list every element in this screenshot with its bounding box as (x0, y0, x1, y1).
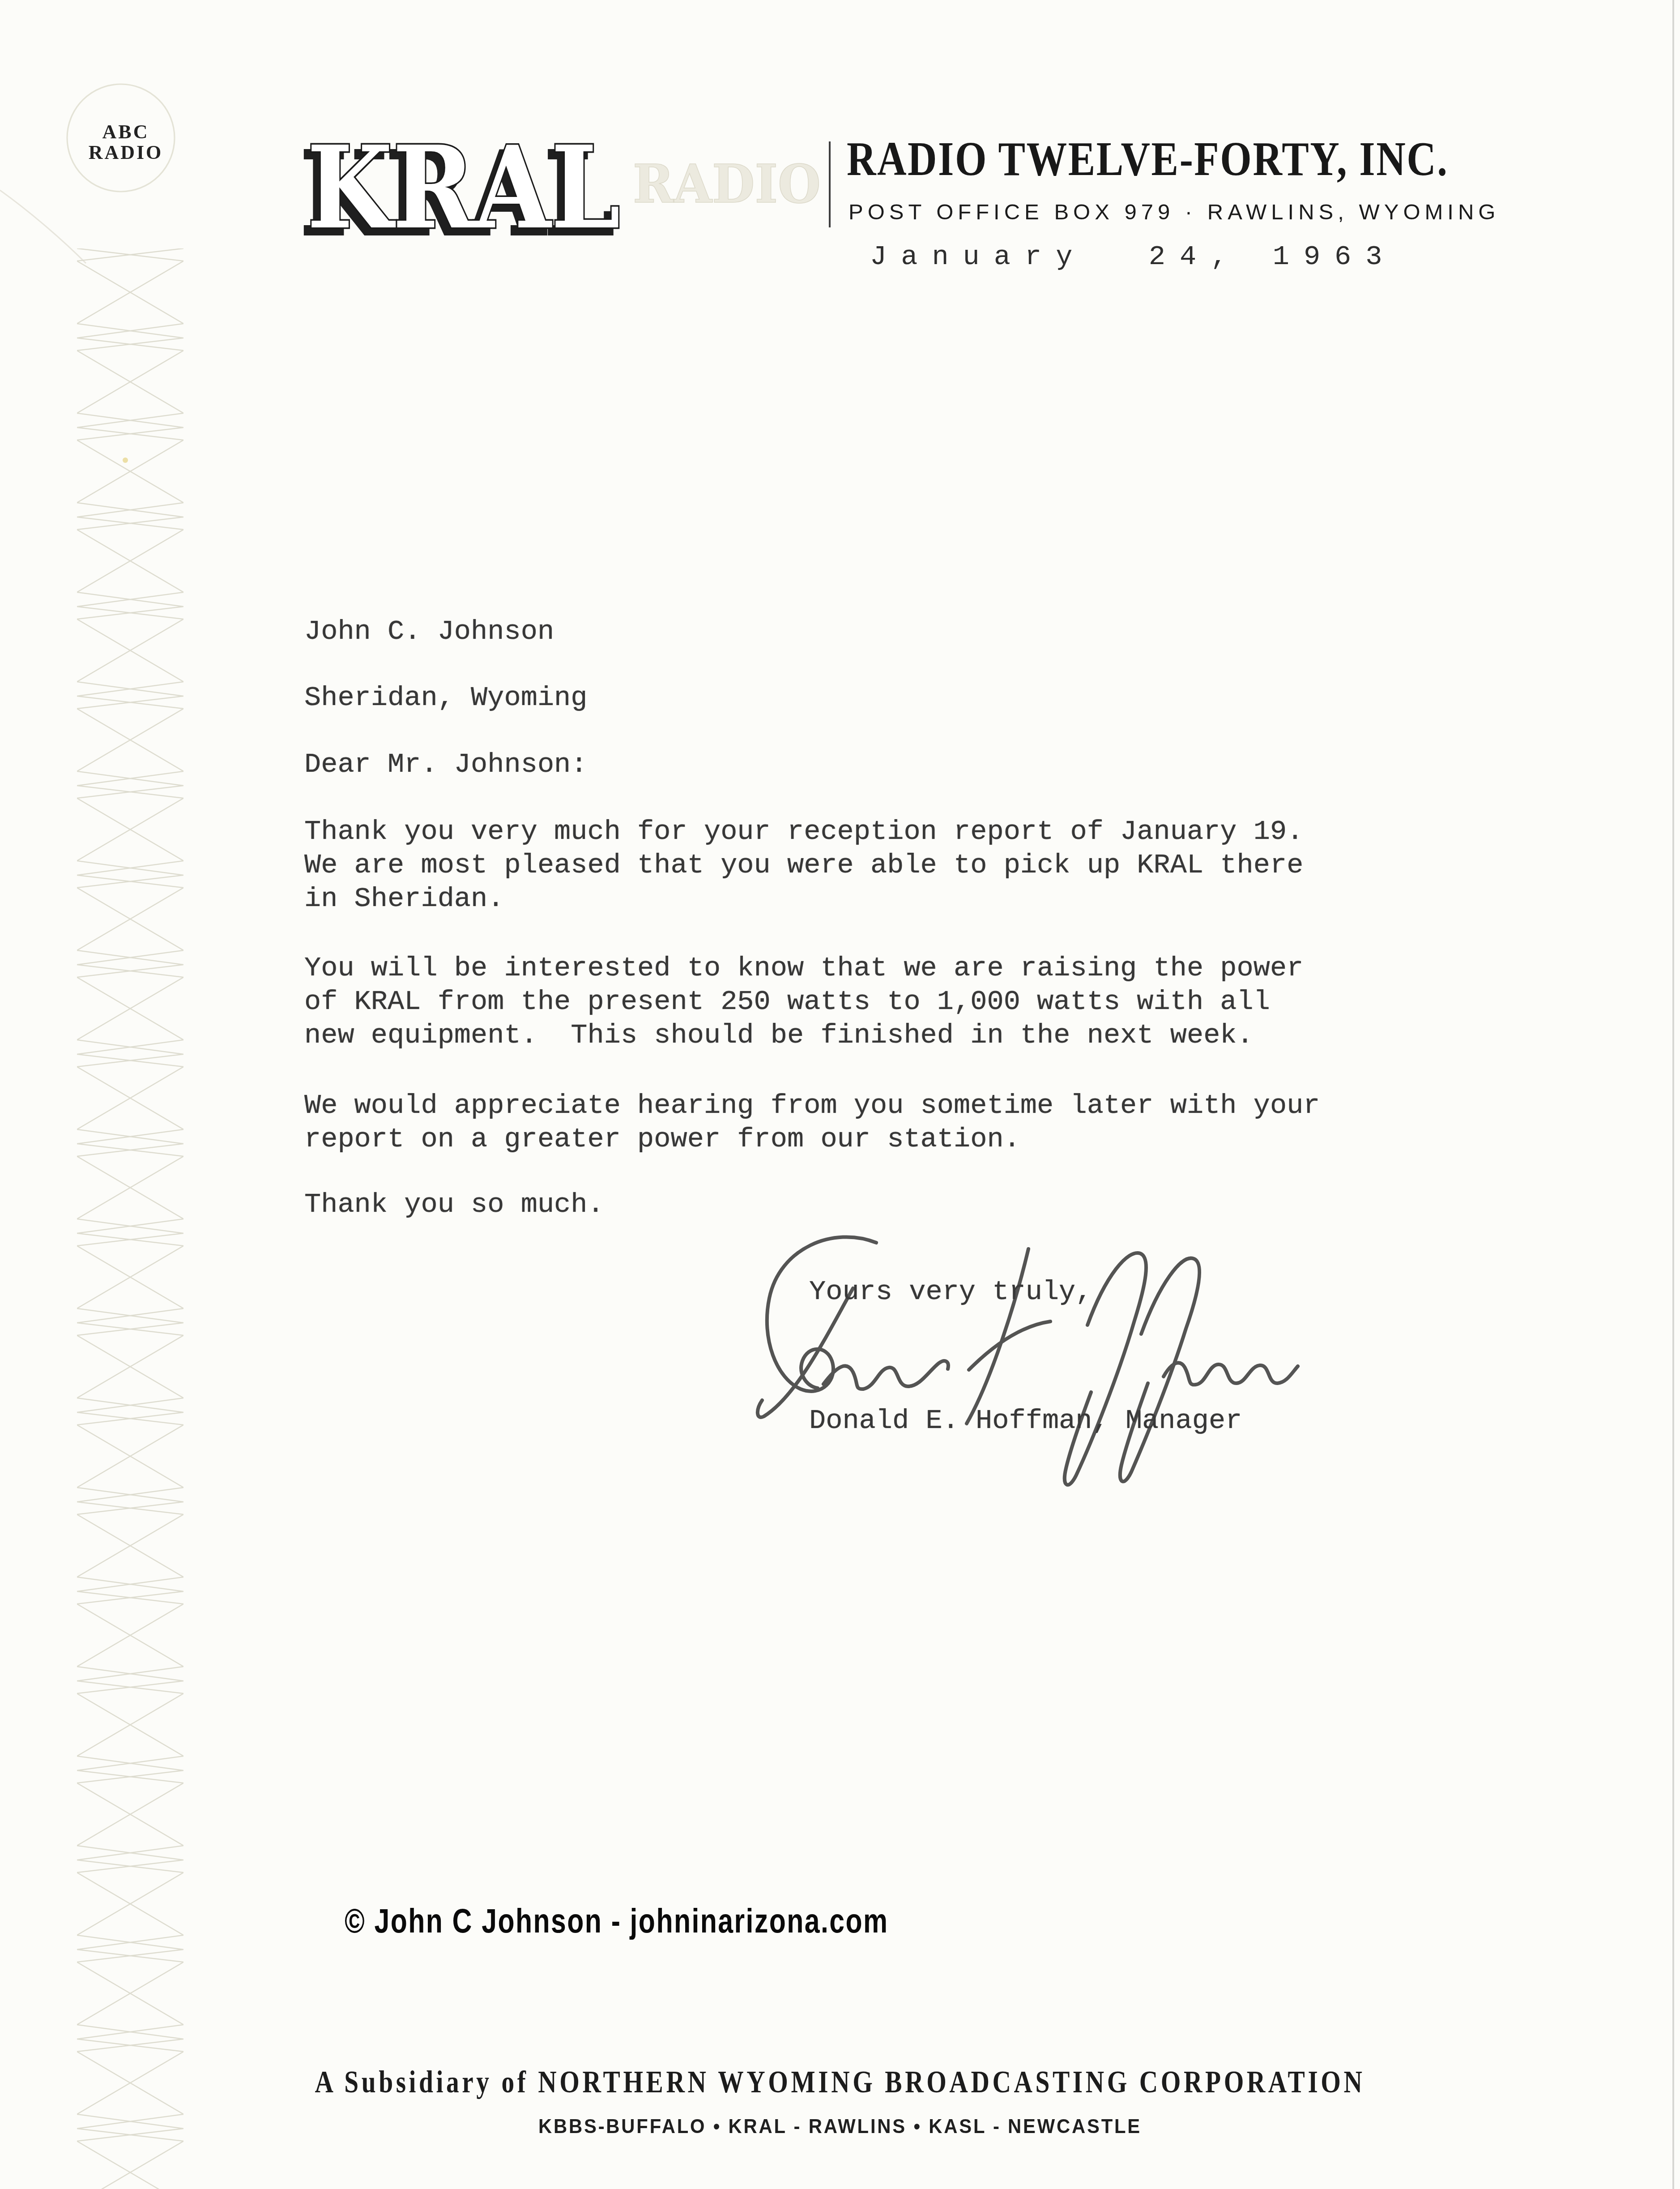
paper-speck (123, 457, 128, 463)
body-line: new equipment. This should be finished i… (304, 1019, 1254, 1051)
body-line: We would appreciate hearing from you som… (304, 1090, 1320, 1121)
network-line2: RADIO (83, 142, 168, 163)
recipient-location: Sheridan, Wyoming (304, 682, 588, 714)
letter-date: January 24, 1963 (870, 241, 1397, 273)
letterhead-divider (829, 141, 831, 227)
body-line: You will be interested to know that we a… (304, 952, 1303, 984)
body-line: Thank you so much. (304, 1189, 604, 1220)
edge-stitch-pattern (77, 248, 183, 2189)
body-line: We are most pleased that you were able t… (304, 849, 1303, 881)
recipient-name: John C. Johnson (304, 616, 554, 647)
body-line: in Sheridan. (304, 883, 504, 915)
page-right-edge (1672, 0, 1674, 2189)
footer-stations: KBBS-BUFFALO • KRAL - RAWLINS • KASL - N… (538, 2116, 1142, 2138)
salutation: Dear Mr. Johnson: (304, 748, 588, 780)
body-line: of KRAL from the present 250 watts to 1,… (304, 986, 1270, 1018)
station-logo-ghost-text: RADIO (633, 153, 821, 215)
station-logo: KRAL KRAL RADIO (286, 121, 868, 255)
network-line1: ABC (83, 122, 168, 142)
station-logo-text: KRAL (307, 122, 620, 254)
footer-subsidiary: A Subsidiary of NORTHERN WYOMING BROADCA… (315, 2065, 1365, 2100)
company-name: RADIO TWELVE-FORTY, INC. (847, 132, 1448, 187)
network-affiliation: ABC RADIO (83, 122, 168, 163)
scanned-letter-page: ABC RADIO KRAL KRAL RADIO RADIO TWELVE-F… (0, 0, 1680, 2189)
company-address: POST OFFICE BOX 979 · RAWLINS, WYOMING (849, 200, 1500, 225)
body-line: report on a greater power from our stati… (304, 1123, 1020, 1155)
copyright-watermark: © John C Johnson - johninarizona.com (345, 1902, 888, 1941)
signature-strokes (758, 1237, 1298, 1485)
fold-mark (0, 190, 86, 263)
body-line: Thank you very much for your reception r… (304, 816, 1303, 847)
handwritten-signature (738, 1218, 1334, 1513)
